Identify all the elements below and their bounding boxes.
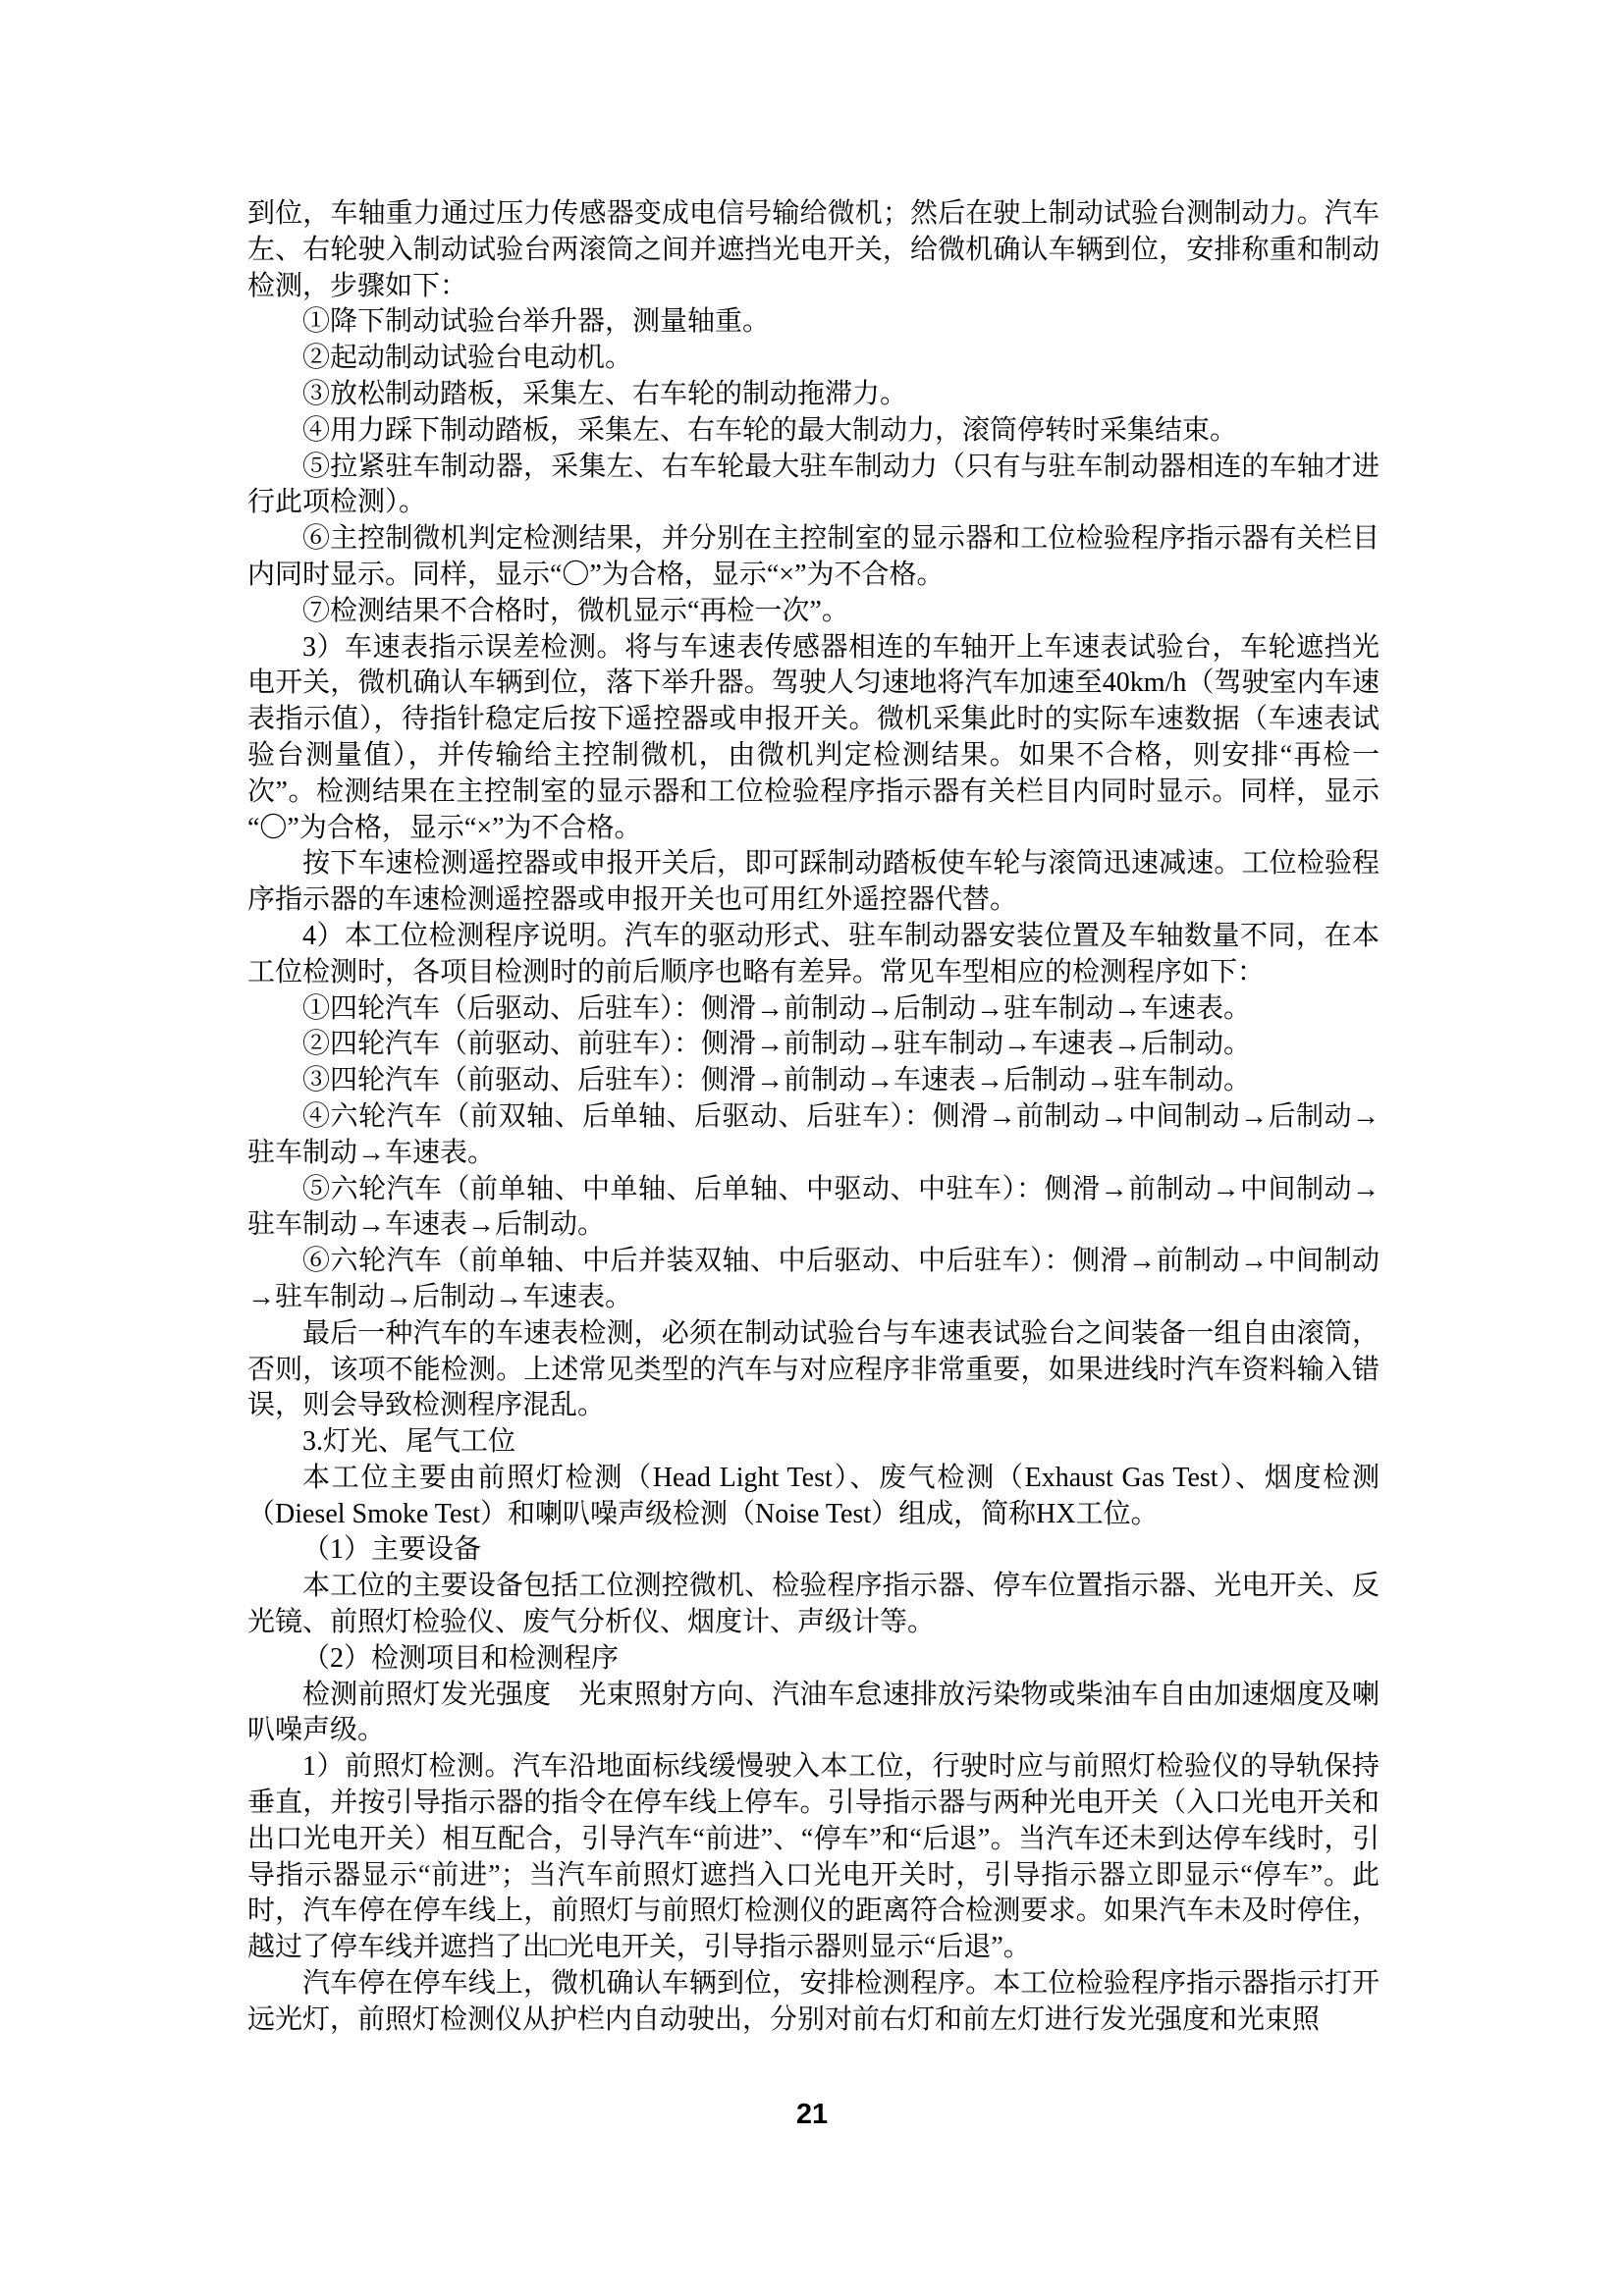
paragraph: ④六轮汽车（前双轴、后单轴、后驱动、后驻车）：侧滑→前制动→中间制动→后制动→驻…	[247, 1099, 1380, 1172]
document-body: 到位，车轴重力通过压力传感器变成电信号输给微机；然后在驶上制动试验台测制动力。汽…	[247, 196, 1380, 2039]
paragraph: ③放松制动踏板，采集左、右车轮的制动拖滞力。	[247, 377, 1380, 413]
paragraph: ①降下制动试验台举升器，测量轴重。	[247, 304, 1380, 341]
paragraph: 1）前照灯检测。汽车沿地面标线缓慢驶入本工位，行驶时应与前照灯检验仪的导轨保持垂…	[247, 1749, 1380, 1966]
paragraph: 检测前照灯发光强度 光束照射方向、汽油车怠速排放污染物或柴油车自由加速烟度及喇叭…	[247, 1678, 1380, 1750]
paragraph: 本工位的主要设备包括工位测控微机、检验程序指示器、停车位置指示器、光电开关、反光…	[247, 1569, 1380, 1641]
paragraph: ④用力踩下制动踏板，采集左、右车轮的最大制动力，滚筒停转时采集结束。	[247, 413, 1380, 450]
paragraph: 4）本工位检测程序说明。汽车的驱动形式、驻车制动器安装位置及车轴数量不同，在本工…	[247, 919, 1380, 991]
paragraph: （1）主要设备	[247, 1532, 1380, 1569]
paragraph: ③四轮汽车（前驱动、后驻车）：侧滑→前制动→车速表→后制动→驻车制动。	[247, 1063, 1380, 1099]
paragraph: 本工位主要由前照灯检测（Head Light Test）、废气检测（Exhaus…	[247, 1461, 1380, 1533]
paragraph: 汽车停在停车线上，微机确认车辆到位，安排检测程序。本工位检验程序指示器指示打开远…	[247, 1966, 1380, 2039]
paragraph: 到位，车轴重力通过压力传感器变成电信号输给微机；然后在驶上制动试验台测制动力。汽…	[247, 196, 1380, 304]
paragraph: 3.灯光、尾气工位	[247, 1424, 1380, 1461]
paragraph: 按下车速检测遥控器或申报开关后，即可踩制动踏板使车轮与滚筒迅速减速。工位检验程序…	[247, 846, 1380, 919]
page-number: 21	[0, 2099, 1624, 2131]
page: 到位，车轴重力通过压力传感器变成电信号输给微机；然后在驶上制动试验台测制动力。汽…	[0, 0, 1624, 2296]
paragraph: 最后一种汽车的车速表检测，必须在制动试验台与车速表试验台之间装备一组自由滚筒，否…	[247, 1316, 1380, 1424]
paragraph: ⑤拉紧驻车制动器，采集左、右车轮最大驻车制动力（只有与驻车制动器相连的车轴才进行…	[247, 450, 1380, 522]
paragraph: 3）车速表指示误差检测。将与车速表传感器相连的车轴开上车速表试验台，车轮遮挡光电…	[247, 630, 1380, 847]
paragraph: ①四轮汽车（后驱动、后驻车）：侧滑→前制动→后制动→驻车制动→车速表。	[247, 991, 1380, 1028]
paragraph: （2）检测项目和检测程序	[247, 1641, 1380, 1678]
paragraph: ⑥主控制微机判定检测结果，并分别在主控制室的显示器和工位检验程序指示器有关栏目内…	[247, 521, 1380, 594]
paragraph: ②起动制动试验台电动机。	[247, 341, 1380, 377]
paragraph: ⑥六轮汽车（前单轴、中后并装双轴、中后驱动、中后驻车）：侧滑→前制动→中间制动→…	[247, 1244, 1380, 1316]
paragraph: ⑤六轮汽车（前单轴、中单轴、后单轴、中驱动、中驻车）：侧滑→前制动→中间制动→驻…	[247, 1172, 1380, 1245]
paragraph: ⑦检测结果不合格时，微机显示“再检一次”。	[247, 594, 1380, 630]
paragraph: ②四轮汽车（前驱动、前驻车）：侧滑→前制动→驻车制动→车速表→后制动。	[247, 1027, 1380, 1063]
